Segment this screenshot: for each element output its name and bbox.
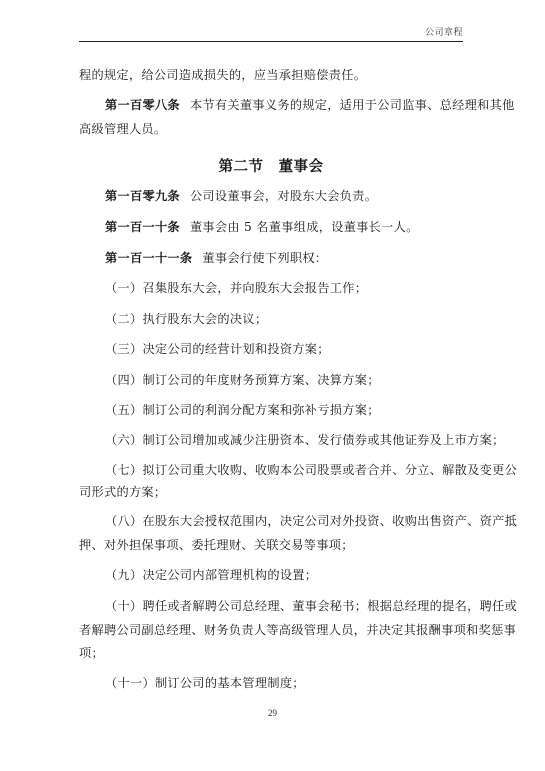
article-text: 董事会由 5 名董事组成，设董事长一人。: [190, 220, 419, 234]
list-item: （四）制订公司的年度财务预算方案、决算方案；: [105, 372, 463, 388]
list-item: （十）聘任或者解聘公司总经理、董事会秘书；根据总经理的提名，聘任或: [105, 598, 463, 614]
article-label: 第一百一十一条: [105, 251, 192, 265]
list-item: （八）在股东大会授权范围内，决定公司对外投资、收购出售资产、资产抵: [105, 513, 463, 529]
list-item: （五）制订公司的利润分配方案和弥补亏损方案；: [105, 402, 463, 418]
list-item: （六）制订公司增加或减少注册资本、发行债券或其他证券及上市方案；: [105, 432, 463, 448]
section-title: 第二节 董事会: [79, 155, 463, 176]
list-item: （九）决定公司内部管理机构的设置；: [105, 567, 463, 583]
document-page: 公司章程 程的规定，给公司造成损失的，应当承担赔偿责任。 第一百零八条本节有关董…: [0, 0, 545, 771]
list-item-continuation: 者解聘公司副总经理、财务负责人等高级管理人员，并决定其报酬事项和奖惩事: [79, 622, 463, 638]
list-item-continuation: 项；: [79, 645, 463, 661]
article-text: 董事会行使下列职权：: [202, 251, 327, 265]
paragraph-continuation: 程的规定，给公司造成损失的，应当承担赔偿责任。: [79, 67, 463, 83]
article-111: 第一百一十一条董事会行使下列职权：: [105, 250, 463, 266]
article-text: 公司设董事会，对股东大会负责。: [190, 189, 377, 203]
list-item: （三）决定公司的经营计划和投资方案；: [105, 341, 463, 357]
article-label: 第一百零九条: [105, 189, 180, 203]
page-header: 公司章程: [79, 22, 463, 42]
article-108-continuation: 高级管理人员。: [79, 121, 463, 137]
header-title: 公司章程: [425, 25, 463, 38]
article-label: 第一百一十条: [105, 220, 180, 234]
list-item-continuation: 押、对外担保事项、委托理财、关联交易等事项；: [79, 537, 463, 553]
article-110: 第一百一十条董事会由 5 名董事组成，设董事长一人。: [105, 219, 463, 235]
article-label: 第一百零八条: [105, 98, 180, 112]
list-item: （二）执行股东大会的决议；: [105, 311, 463, 327]
list-item: （十一）制订公司的基本管理制度；: [105, 675, 463, 691]
list-item: （一）召集股东大会，并向股东大会报告工作；: [105, 280, 463, 296]
list-item-continuation: 司形式的方案；: [79, 484, 463, 500]
article-109: 第一百零九条公司设董事会，对股东大会负责。: [105, 188, 463, 204]
article-text: 本节有关董事义务的规定，适用于公司监事、总经理和其他: [190, 98, 515, 112]
article-108: 第一百零八条本节有关董事义务的规定，适用于公司监事、总经理和其他: [105, 97, 463, 113]
list-item: （七）拟订公司重大收购、收购本公司股票或者合并、分立、解散及变更公: [105, 462, 463, 478]
page-number: 29: [0, 708, 545, 718]
